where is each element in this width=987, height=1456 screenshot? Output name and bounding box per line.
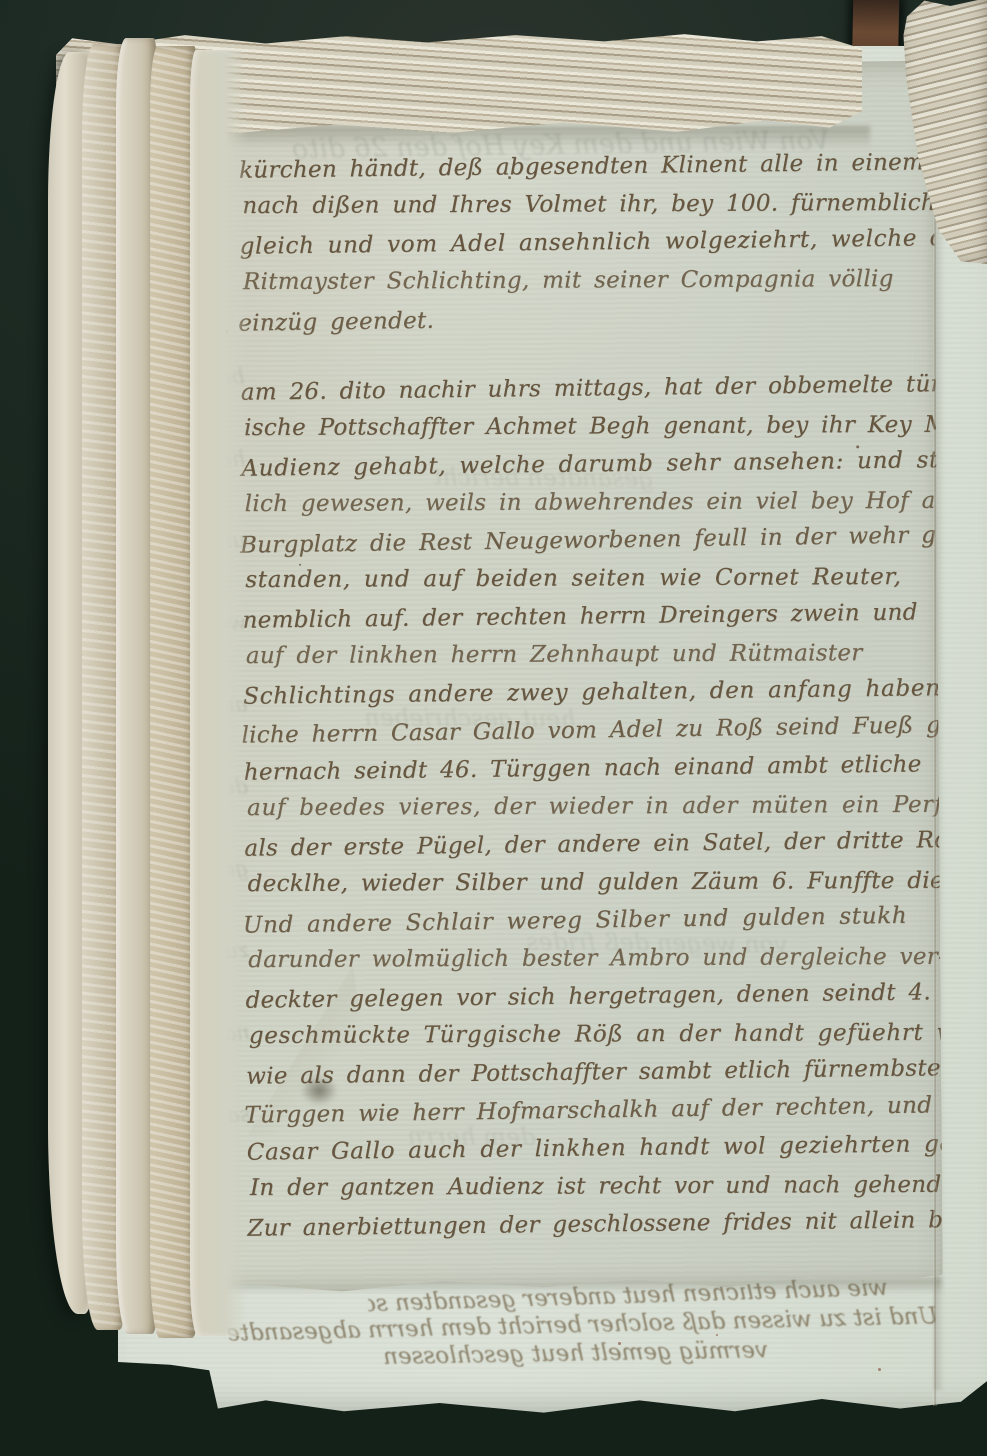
handwritten-line: nemblich auf. der rechten herrn Dreinger… bbox=[242, 593, 940, 640]
handwritten-line: auf beedes vieres, der wieder in ader mü… bbox=[247, 786, 945, 827]
ink-speck bbox=[534, 172, 536, 174]
handwritten-line: standen, und auf beiden seiten wie Corne… bbox=[245, 558, 943, 599]
verso-bleedthrough-block: wie auch etlichen heut anderer gesandten… bbox=[218, 1282, 938, 1369]
handwritten-line: In der gantzen Audienz ist recht vor und… bbox=[250, 1166, 948, 1207]
handwritten-line: Zur anerbiettungen der geschlossene frid… bbox=[247, 1201, 945, 1248]
ink-speck bbox=[856, 445, 859, 448]
archival-photo: { "colors": { "backdrop": "#18261f", "pa… bbox=[0, 0, 987, 1456]
handwritten-line: einzüg geendet. bbox=[238, 294, 936, 342]
verso-bleedthrough-line: vermüg gemelt heut geschlossen bbox=[338, 1336, 768, 1373]
ink-speck bbox=[508, 176, 511, 179]
handwritten-line: am 26. dito nachir uhrs mittags, hat der… bbox=[241, 365, 939, 412]
fold-crease bbox=[933, 58, 937, 1406]
handwritten-line: nach dißen und Ihres Volmet ihr, bey 100… bbox=[242, 184, 940, 225]
paper-speck bbox=[878, 1368, 881, 1371]
handwritten-line: als der erste Pügel, der andere ein Sate… bbox=[244, 821, 942, 868]
handwritten-line: hernach seindt 46. Türggen nach einand a… bbox=[244, 745, 942, 792]
ink-smudge bbox=[293, 1069, 345, 1111]
handwritten-line: auf der linkhen herrn Zehnhaupt und Rütm… bbox=[246, 634, 944, 675]
left-edge-page-stack bbox=[48, 38, 248, 1346]
ink-speck bbox=[299, 564, 301, 566]
paper-speck bbox=[716, 1334, 718, 1336]
handwritten-line: gleich und vom Adel ansehnlich wolgezieh… bbox=[239, 219, 937, 266]
paragraph-1: kürchen händt, deß abgesendten Klinent a… bbox=[239, 145, 938, 340]
handwritten-line: Audienz gehabt, welche darumb sehr anseh… bbox=[241, 441, 939, 488]
handwritten-line: ische Pottschaffter Achmet Begh genant, … bbox=[244, 406, 942, 447]
page-edge-strip bbox=[190, 50, 248, 1336]
handwritten-line: kürchen händt, deß abgesendten Klinent a… bbox=[239, 143, 937, 190]
paper-speck bbox=[618, 1342, 621, 1345]
